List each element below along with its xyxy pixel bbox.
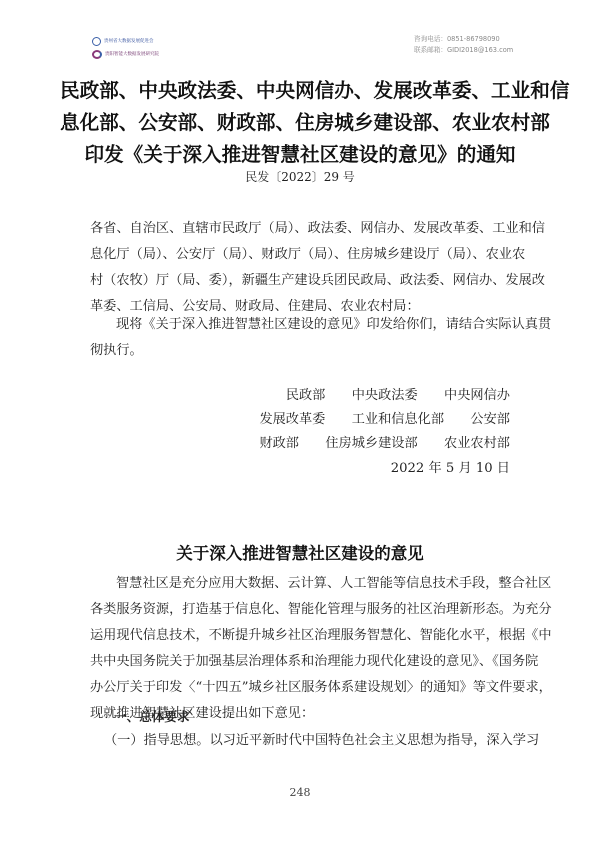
logo-institute: 贵阳智能大数据发展研究院 [92,49,172,59]
contact-phone: 咨询电话：0851-86798090 [414,34,513,45]
intro-line: 各类服务资源，打造基于信息化、智能化管理与服务的社区治理新形态。为充分 [90,597,514,623]
association-logo-icon [92,37,101,46]
notice-body: 现将《关于深入推进智慧社区建设的意见》印发给你们，请结合实际认真贯 彻执行。 [90,312,514,364]
opinion-intro: 智慧社区是充分应用大数据、云计算、人工智能等信息技术手段，整合社区 各类服务资源… [90,571,514,727]
header-contact: 咨询电话：0851-86798090 联系邮箱：GIDI2018@163.com [414,34,513,56]
document-number: 民发〔2022〕29 号 [0,168,600,185]
signatories-line-3: 财政部 住房城乡建设部 农业农村部 [259,432,510,451]
signatories-line-1: 民政部 中央政法委 中央网信办 [286,384,510,403]
signatories-line-2: 发展改革委 工业和信息化部 公安部 [259,408,510,427]
logo-institute-text: 贵阳智能大数据发展研究院 [105,51,159,57]
recipients: 各省、自治区、直辖市民政厅（局）、政法委、网信办、发展改革委、工业和信 息化厅（… [90,216,514,320]
phone-label: 咨询电话： [414,35,447,43]
issue-date: 2022 年 5 月 10 日 [391,457,510,476]
email-label: 联系邮箱： [414,46,447,54]
header-logos: 贵州省大数据发展促进会 贵阳智能大数据发展研究院 [92,36,172,62]
notice-title-line-2: 息化部、公安部、财政部、住房城乡建设部、农业农村部 [60,106,540,135]
recipients-line: 各省、自治区、直辖市民政厅（局）、政法委、网信办、发展改革委、工业和信 [90,216,514,242]
recipients-line: 息化厅（局）、公安厅（局）、财政厅（局）、住房城乡建设厅（局）、农业农 [90,242,514,268]
intro-line: 运用现代信息技术，不断提升城乡社区治理服务智慧化、智能化水平，根据《中 [90,623,514,649]
logo-association-text: 贵州省大数据发展促进会 [104,38,154,44]
body-line: 现将《关于深入推进智慧社区建设的意见》印发给你们，请结合实际认真贯 [90,312,514,338]
intro-line: 智慧社区是充分应用大数据、云计算、人工智能等信息技术手段，整合社区 [90,571,514,597]
notice-title-line-1: 民政部、中央政法委、中央网信办、发展改革委、工业和信 [60,74,540,103]
email-value: GIDI2018@163.com [447,46,513,54]
intro-line: 办公厅关于印发〈“十四五”城乡社区服务体系建设规划〉的通知》等文件要求， [90,675,514,701]
page-number: 248 [0,786,600,799]
opinion-title: 关于深入推进智慧社区建设的意见 [0,540,600,564]
body-line: 彻执行。 [90,338,514,364]
institute-logo-icon [92,50,102,59]
first-item: （一）指导思想。以习近平新时代中国特色社会主义思想为指导，深入学习 [104,728,528,754]
notice-title-line-3: 印发《关于深入推进智慧社区建设的意见》的通知 [60,138,540,167]
contact-email: 联系邮箱：GIDI2018@163.com [414,45,513,56]
intro-line: 共中央国务院关于加强基层治理体系和治理能力现代化建设的意见》、《国务院 [90,649,514,675]
phone-value: 0851-86798090 [447,35,500,43]
section-heading: 一、总体要求 [114,706,190,725]
recipients-line: 村（农牧）厅（局、委），新疆生产建设兵团民政局、政法委、网信办、发展改 [90,268,514,294]
logo-association: 贵州省大数据发展促进会 [92,36,172,46]
